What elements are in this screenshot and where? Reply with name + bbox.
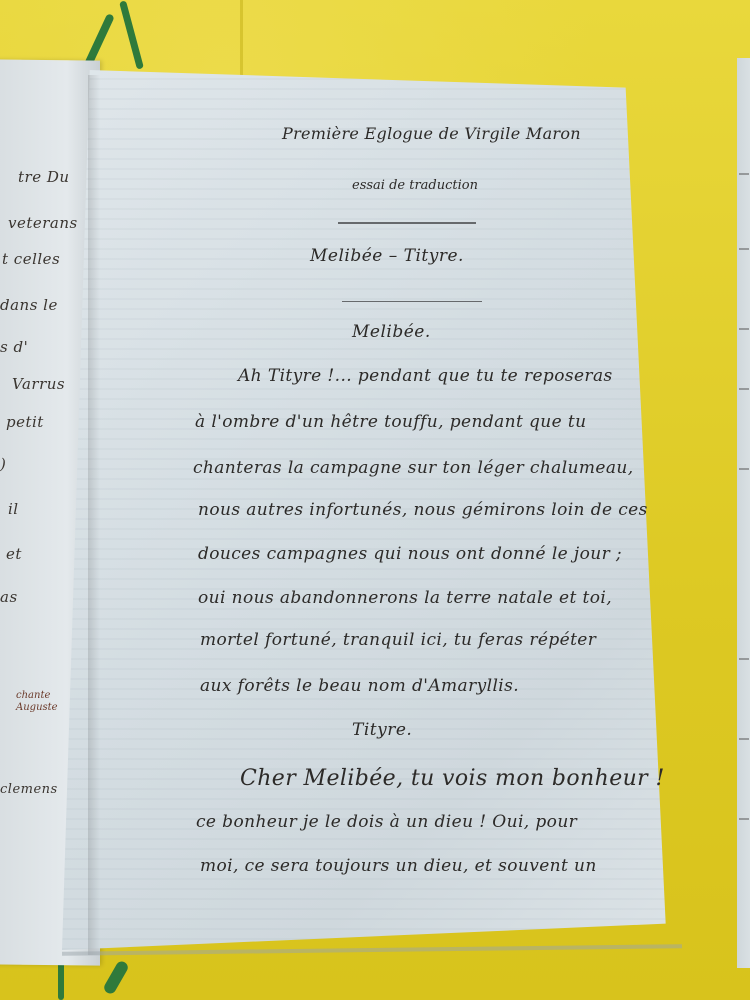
green-ribbon-bottom-left	[58, 960, 64, 1000]
verse-line: mortel fortuné, tranquil ici, tu feras r…	[200, 630, 596, 650]
folder-crease	[240, 0, 243, 75]
ink-mark	[739, 328, 749, 330]
heading-rule	[342, 301, 482, 302]
document-title: Première Eglogue de Virgile Maron	[282, 124, 581, 143]
verse-line: Cher Melibée, tu vois mon bonheur !	[240, 766, 665, 791]
spine-shadow	[88, 75, 100, 955]
ink-mark	[739, 388, 749, 390]
ink-mark	[739, 248, 749, 250]
left-fragment: dans le	[0, 296, 58, 314]
left-fragment: tre Du	[18, 168, 70, 186]
verse-line: moi, ce sera toujours un dieu, et souven…	[200, 856, 597, 876]
verse-line: nous autres infortunés, nous gémirons lo…	[198, 500, 648, 520]
verse-line: ce bonheur je le dois à un dieu ! Oui, p…	[196, 812, 577, 832]
characters-heading: Melibée – Tityre.	[310, 246, 464, 266]
right-sheet-edge	[737, 58, 750, 968]
ink-mark	[739, 173, 749, 175]
left-fragment: )	[0, 455, 6, 473]
left-fragment: Varrus	[12, 375, 65, 393]
verse-line: Ah Tityre !... pendant que tu te reposer…	[238, 366, 613, 386]
ink-mark	[739, 818, 749, 820]
left-fragment: il	[8, 500, 19, 518]
left-fragment: t celles	[2, 250, 60, 268]
left-fragment: petit	[6, 413, 44, 431]
speaker-melibee: Melibée.	[352, 322, 431, 342]
ink-mark	[739, 738, 749, 740]
ink-mark	[739, 468, 749, 470]
margin-note: chante Auguste	[16, 690, 58, 714]
document-subtitle: essai de traduction	[352, 178, 478, 193]
left-fragment: et	[6, 545, 22, 563]
margin-note-line: chante	[16, 690, 50, 701]
speaker-tityre: Tityre.	[352, 720, 412, 740]
left-fragment: veterans	[8, 214, 78, 232]
ink-mark	[739, 658, 749, 660]
verse-line: oui nous abandonnerons la terre natale e…	[198, 588, 612, 608]
verse-line: à l'ombre d'un hêtre touffu, pendant que…	[195, 412, 587, 432]
left-fragment: s d'	[0, 338, 28, 356]
verse-line: douces campagnes qui nous ont donné le j…	[198, 544, 622, 564]
left-fragment: as	[0, 588, 18, 606]
margin-note-line: Auguste	[16, 702, 58, 713]
verse-line: chanteras la campagne sur ton léger chal…	[193, 458, 634, 478]
title-rule	[338, 222, 476, 224]
left-fragment: clemens	[0, 782, 58, 797]
verse-line: aux forêts le beau nom d'Amaryllis.	[200, 676, 519, 696]
